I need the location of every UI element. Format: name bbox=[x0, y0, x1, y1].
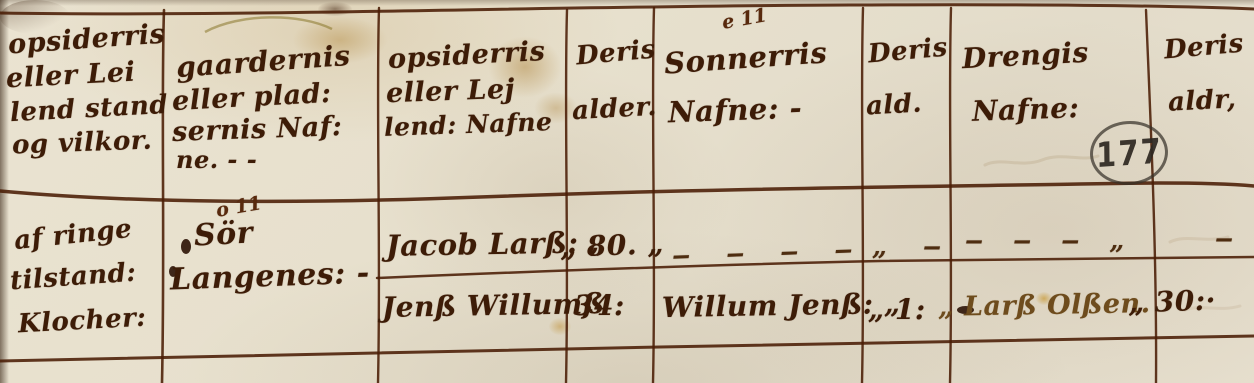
row2-son-name: Willum Jenß: „ bbox=[662, 290, 901, 322]
header-col3-line1: opsiderris bbox=[387, 38, 546, 73]
stand-cell-line1: af ringe bbox=[13, 216, 133, 254]
grid-line bbox=[950, 8, 951, 383]
row1-sons-ditto: ‒ ‒ ‒ ‒ bbox=[672, 237, 854, 269]
header-col1-line2: eller Lei bbox=[5, 59, 136, 93]
header-col2-line1: gaardernis bbox=[175, 42, 351, 82]
header-col2-line4: ne. - - bbox=[176, 148, 257, 172]
grid-line bbox=[0, 5, 1254, 14]
header-col7-line2: Nafne: bbox=[972, 94, 1080, 126]
stand-cell-line2: tilstand: bbox=[9, 260, 137, 295]
header-col5-flourish: e 11 bbox=[721, 6, 769, 33]
ink-blob bbox=[181, 239, 191, 254]
row1-sons-age-ditto: „ ‒ bbox=[872, 234, 942, 260]
row2-opsidder-age: 34: bbox=[574, 292, 625, 320]
header-col2-line3: sernis Naf: bbox=[172, 113, 343, 146]
page-edge-shadow bbox=[0, 0, 9, 383]
stand-cell-line3: Klocher: bbox=[17, 305, 147, 338]
header-col5-line2: Nafne: - bbox=[668, 94, 803, 128]
row2-son-age: „ 1: bbox=[868, 296, 926, 324]
page-edge-shadow-top bbox=[0, 0, 1254, 6]
header-col1-line3: lend stand bbox=[9, 92, 168, 126]
page-number-stamp: 177 bbox=[1088, 118, 1170, 187]
manuscript-page: opsiderris eller Lei lend stand og vilko… bbox=[0, 0, 1254, 383]
grid-line bbox=[162, 10, 164, 383]
header-col1-line1: opsiderris bbox=[7, 21, 166, 59]
row1-drengis-ditto: ‒ ‒ ‒ „ bbox=[965, 228, 1125, 254]
header-col6-line2: ald. bbox=[865, 91, 922, 120]
row1-drengis-age-ditto: ‒ bbox=[1215, 226, 1234, 252]
row2-dreng-age: „ 30:· bbox=[1128, 286, 1217, 317]
grid-line bbox=[1146, 10, 1156, 383]
header-col4-line1: Deris bbox=[575, 37, 657, 70]
page-number: 177 bbox=[1096, 131, 1163, 176]
header-col5-line1: Sonnerris bbox=[663, 38, 828, 78]
header-col4-line2: alder. bbox=[571, 94, 657, 124]
header-col8-line2: aldr, bbox=[1167, 86, 1237, 116]
row2-opsidder-name: Jenß Willumß bbox=[382, 290, 605, 322]
farm-cell-line1: Sör bbox=[193, 218, 253, 251]
row1-opsidder-age: „ 80. „ bbox=[560, 230, 665, 262]
farm-cell-line2: Langenes: - bbox=[170, 259, 371, 296]
header-col3-line3: lend: Nafne bbox=[384, 109, 553, 140]
header-col7-line1: Drengis bbox=[961, 39, 1089, 74]
grid-line bbox=[378, 8, 379, 383]
header-flourish-arc bbox=[205, 17, 332, 32]
grid-line bbox=[862, 8, 863, 383]
grid-line bbox=[566, 10, 567, 383]
header-col8-line1: Deris bbox=[1163, 31, 1245, 64]
header-col3-line2: eller Lej bbox=[386, 76, 516, 107]
header-col2-line2: eller plad: bbox=[171, 80, 332, 115]
grid-line bbox=[0, 183, 1254, 201]
header-col6-line1: Deris bbox=[867, 35, 949, 68]
header-col1-line4: og vilkor. bbox=[12, 128, 153, 159]
grid-line bbox=[0, 336, 1254, 361]
row2-dreng-name: „ Larß Olßen. bbox=[938, 290, 1151, 321]
